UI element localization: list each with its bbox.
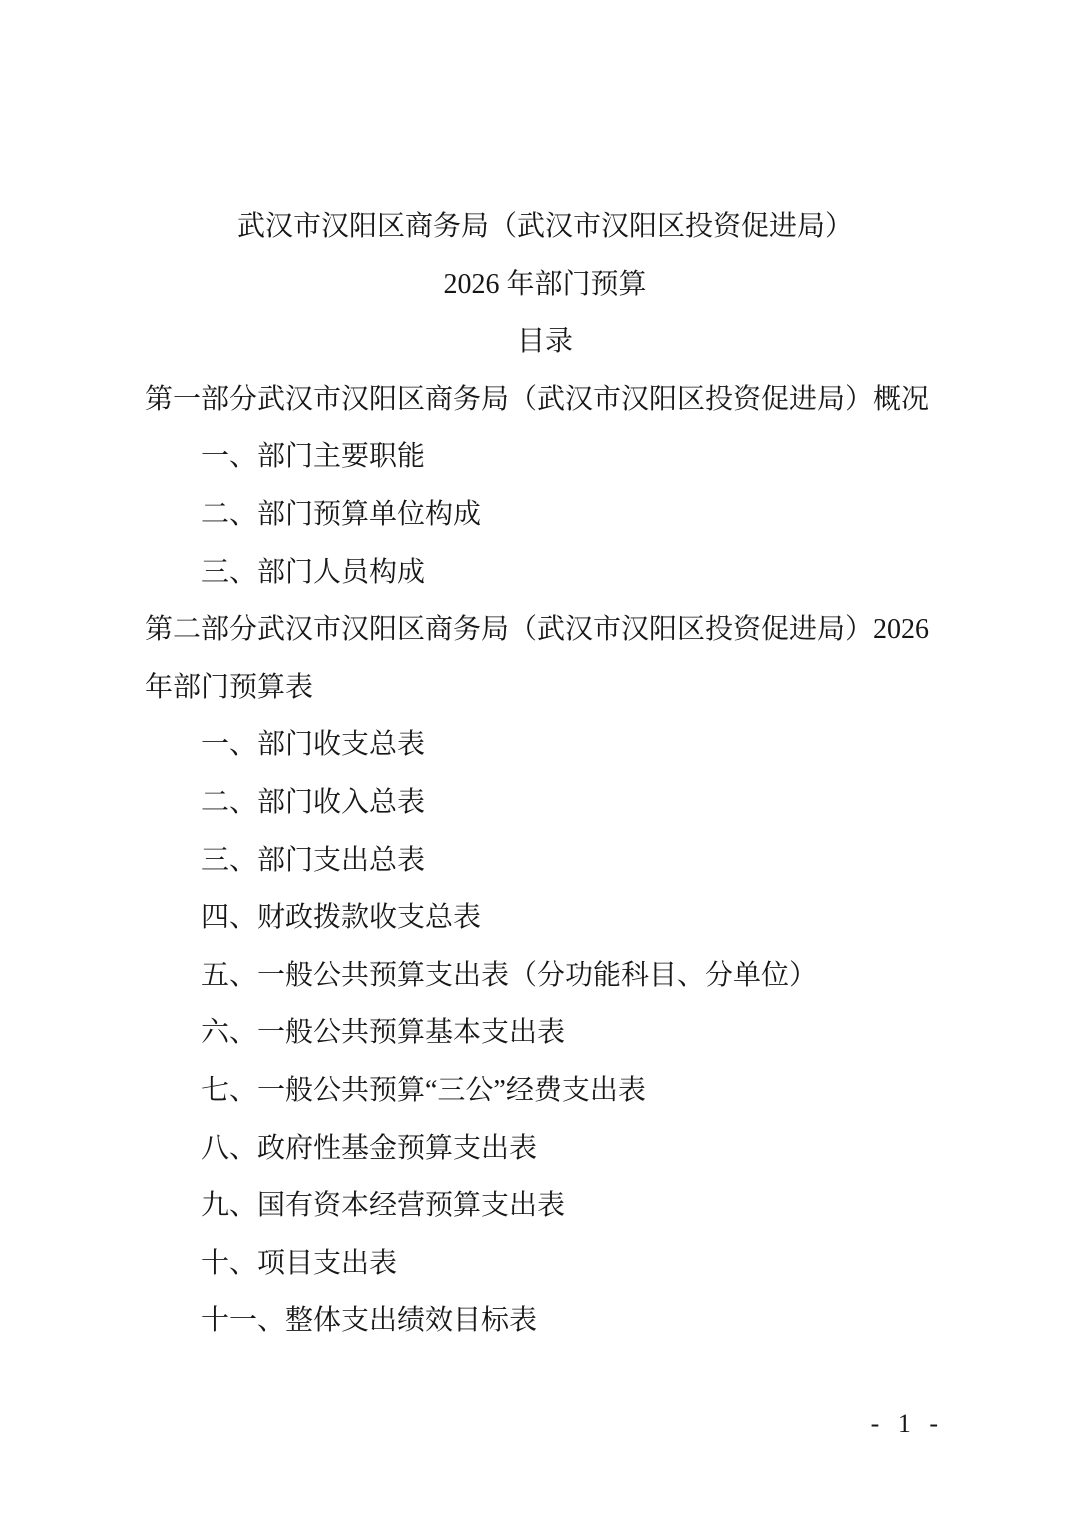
toc-part1-item: 一、部门主要职能 [145,428,945,486]
toc-part2-item: 八、政府性基金预算支出表 [145,1120,945,1178]
toc-part2-item: 七、一般公共预算“三公”经费支出表 [145,1062,945,1120]
toc-part2-heading-line2: 年部门预算表 [145,659,945,717]
document-content: 武汉市汉阳区商务局（武汉市汉阳区投资促进局） 2026 年部门预算 目录 第一部… [145,198,945,1350]
document-title-line2: 2026 年部门预算 [145,256,945,314]
document-page: 武汉市汉阳区商务局（武汉市汉阳区投资促进局） 2026 年部门预算 目录 第一部… [0,0,1074,1520]
toc-part2-item: 五、一般公共预算支出表（分功能科目、分单位） [145,947,945,1005]
toc-part2-item: 二、部门收入总表 [145,774,945,832]
document-title-line1: 武汉市汉阳区商务局（武汉市汉阳区投资促进局） [145,198,945,256]
toc-part2-item: 六、一般公共预算基本支出表 [145,1004,945,1062]
toc-part2-item: 一、部门收支总表 [145,716,945,774]
page-number: - 1 - [871,1408,944,1440]
toc-part2-item: 十一、整体支出绩效目标表 [145,1292,945,1350]
toc-part2-item: 十、项目支出表 [145,1235,945,1293]
toc-part1-item: 二、部门预算单位构成 [145,486,945,544]
toc-part2-item: 九、国有资本经营预算支出表 [145,1177,945,1235]
toc-part2-item: 三、部门支出总表 [145,832,945,890]
toc-part2-item: 四、财政拨款收支总表 [145,889,945,947]
toc-part1-heading: 第一部分武汉市汉阳区商务局（武汉市汉阳区投资促进局）概况 [145,371,945,429]
toc-title: 目录 [145,313,945,371]
toc-part1-item: 三、部门人员构成 [145,544,945,602]
toc-part2-heading-line1: 第二部分武汉市汉阳区商务局（武汉市汉阳区投资促进局）2026 [145,601,945,659]
